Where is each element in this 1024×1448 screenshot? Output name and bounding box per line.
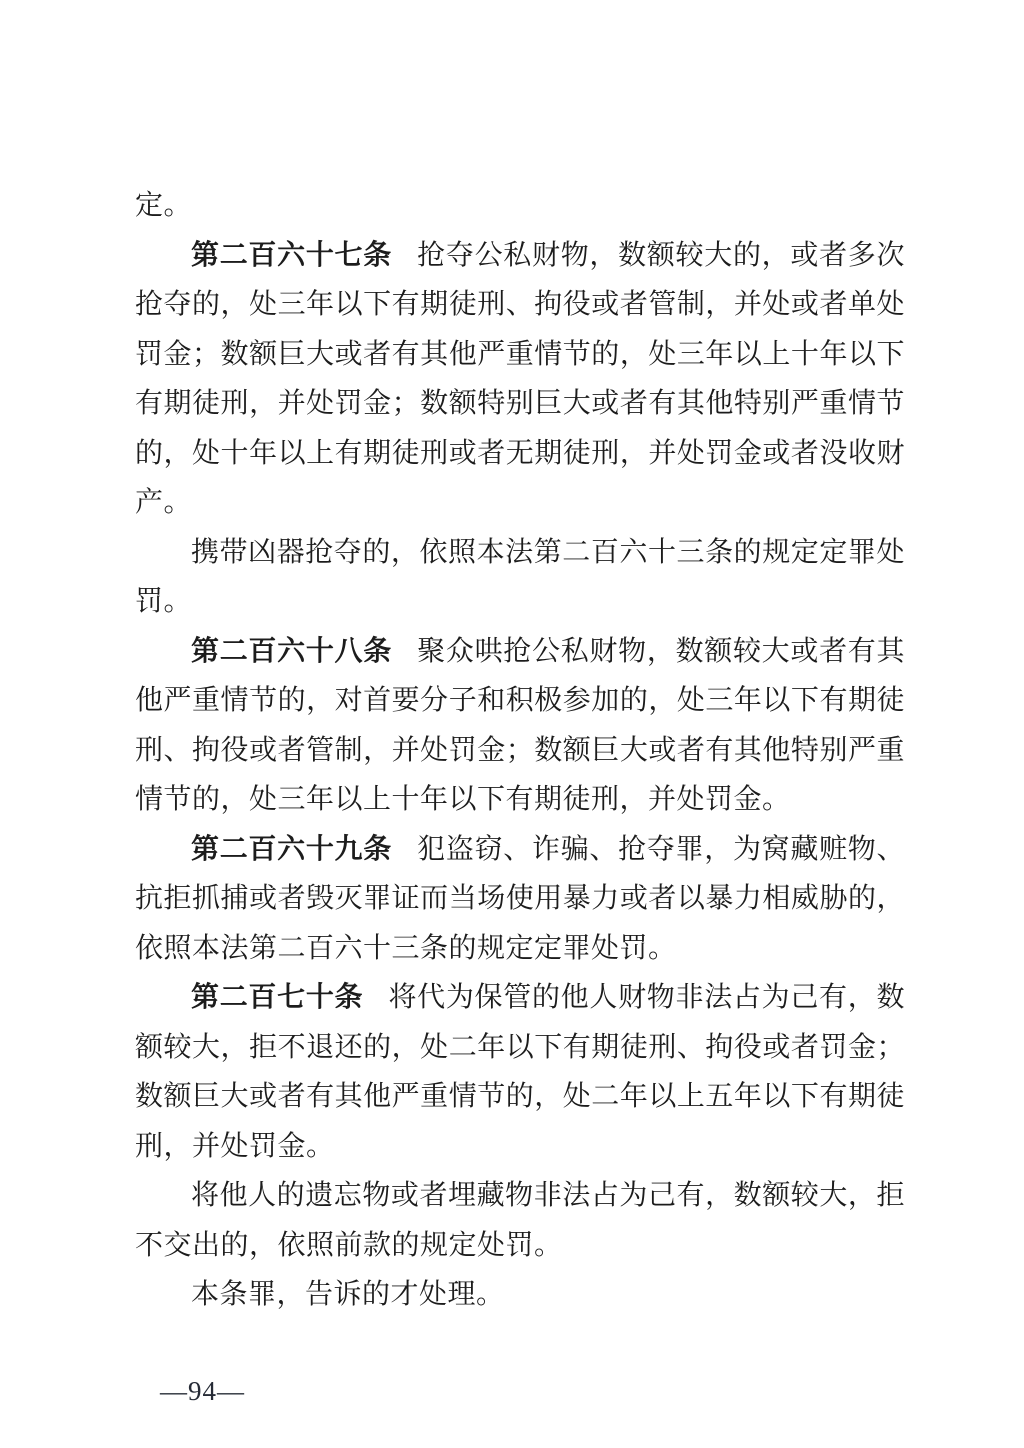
article-269-number: 第二百六十九条 bbox=[191, 834, 392, 865]
article-267-number: 第二百六十七条 bbox=[191, 240, 392, 271]
article-268-number: 第二百六十八条 bbox=[191, 636, 392, 667]
page-number: —94— bbox=[160, 1371, 245, 1411]
article-268-paragraph: 第二百六十八条聚众哄抢公私财物，数额较大或者有其他严重情节的，对首要分子和积极参… bbox=[135, 627, 905, 825]
paragraph-continuation: 定。 bbox=[135, 181, 905, 231]
article-270-paragraph: 第二百七十条将代为保管的他人财物非法占为己有，数额较大，拒不退还的，处二年以下有… bbox=[135, 973, 905, 1171]
article-267-paragraph: 第二百六十七条抢夺公私财物，数额较大的，或者多次抢夺的，处三年以下有期徒刑、拘役… bbox=[135, 231, 905, 528]
article-270-number: 第二百七十条 bbox=[191, 982, 363, 1013]
article-270-clause-3: 本条罪，告诉的才处理。 bbox=[135, 1270, 905, 1320]
legal-text-body: 定。 第二百六十七条抢夺公私财物，数额较大的，或者多次抢夺的，处三年以下有期徒刑… bbox=[135, 181, 905, 1320]
article-270-clause-2: 将他人的遗忘物或者埋藏物非法占为己有，数额较大，拒不交出的，依照前款的规定处罚。 bbox=[135, 1171, 905, 1270]
article-267-clause-2: 携带凶器抢夺的，依照本法第二百六十三条的规定定罪处罚。 bbox=[135, 528, 905, 627]
article-267-text: 抢夺公私财物，数额较大的，或者多次抢夺的，处三年以下有期徒刑、拘役或者管制，并处… bbox=[135, 240, 905, 519]
article-269-paragraph: 第二百六十九条犯盗窃、诈骗、抢夺罪，为窝藏赃物、抗拒抓捕或者毁灭罪证而当场使用暴… bbox=[135, 825, 905, 974]
document-page: 定。 第二百六十七条抢夺公私财物，数额较大的，或者多次抢夺的，处三年以下有期徒刑… bbox=[0, 0, 1024, 1448]
